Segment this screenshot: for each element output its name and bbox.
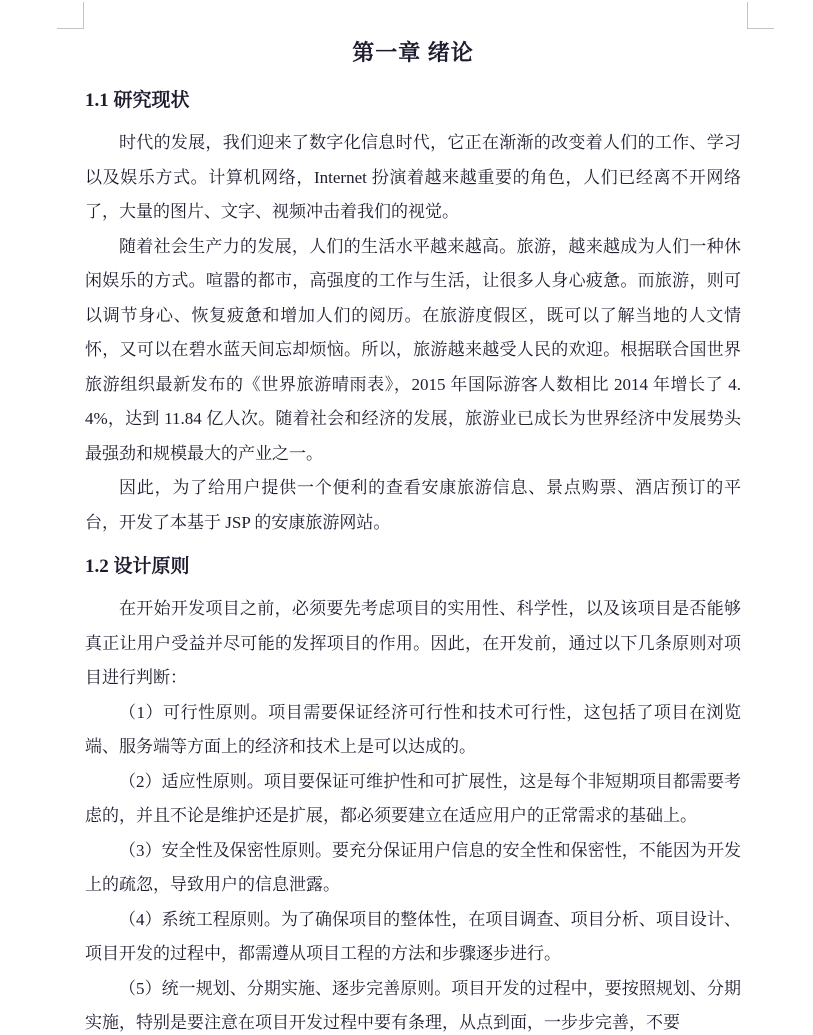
paragraph: （1）可行性原则。项目需要保证经济可行性和技术可行性，这包括了项目在浏览端、服务… [85, 696, 741, 765]
document-page: 第一章 绪论 1.1 研究现状时代的发展，我们迎来了数字化信息时代，它正在渐渐的… [0, 0, 813, 1035]
sections-container: 1.1 研究现状时代的发展，我们迎来了数字化信息时代，它正在渐渐的改变着人们的工… [85, 86, 741, 1035]
paragraph: （2）适应性原则。项目要保证可维护性和可扩展性，这是每个非短期项目都需要考虑的，… [85, 765, 741, 834]
paragraph: 时代的发展，我们迎来了数字化信息时代，它正在渐渐的改变着人们的工作、学习以及娱乐… [85, 126, 741, 230]
crop-mark-top-right-icon [747, 2, 774, 29]
paragraph: 随着社会生产力的发展，人们的生活水平越来越高。旅游，越来越成为人们一种休闲娱乐的… [85, 230, 741, 472]
section-heading: 1.2 设计原则 [85, 552, 741, 582]
paragraph: 在开始开发项目之前，必须要先考虑项目的实用性、科学性，以及该项目是否能够真正让用… [85, 592, 741, 696]
section-heading: 1.1 研究现状 [85, 86, 741, 116]
paragraph: （3）安全性及保密性原则。要充分保证用户信息的安全性和保密性，不能因为开发上的疏… [85, 834, 741, 903]
paragraph: 因此，为了给用户提供一个便利的查看安康旅游信息、景点购票、酒店预订的平台，开发了… [85, 471, 741, 540]
crop-mark-top-left-icon [57, 2, 84, 29]
paragraph: （5）统一规划、分期实施、逐步完善原则。项目开发的过程中，要按照规划、分期实施，… [85, 972, 741, 1035]
chapter-title: 第一章 绪论 [85, 38, 741, 68]
paragraph: （4）系统工程原则。为了确保项目的整体性，在项目调查、项目分析、项目设计、项目开… [85, 903, 741, 972]
document-body: 第一章 绪论 1.1 研究现状时代的发展，我们迎来了数字化信息时代，它正在渐渐的… [85, 0, 741, 1035]
